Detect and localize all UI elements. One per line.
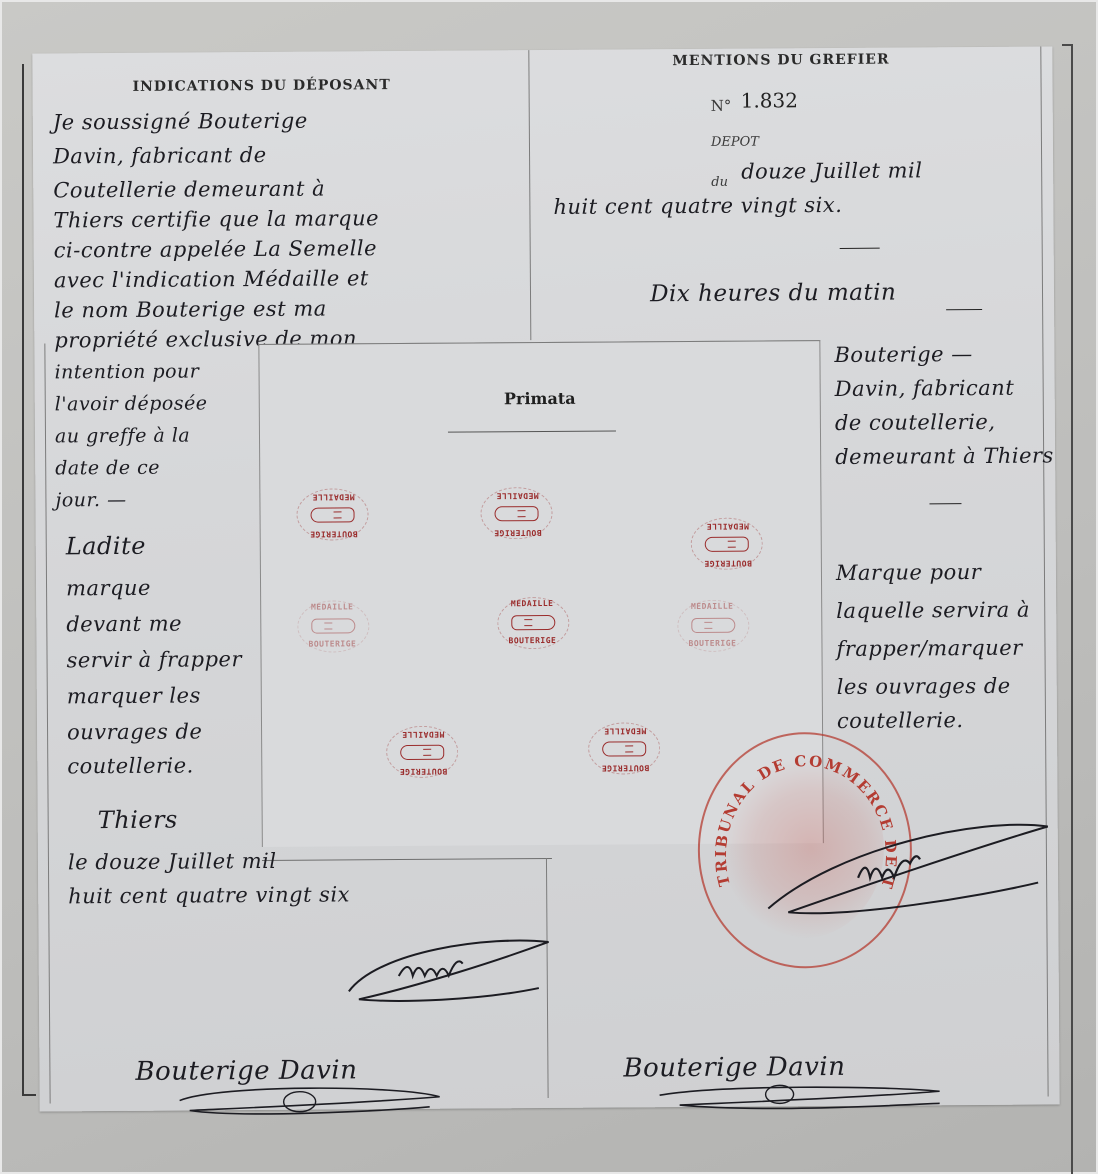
specimen-title: Primata xyxy=(260,387,820,410)
dash-3 xyxy=(929,503,961,504)
declaration-line: coutellerie. xyxy=(67,746,194,785)
purpose-line: laquelle servira à xyxy=(836,591,1030,630)
shoe-sole-icon xyxy=(602,741,646,756)
shoe-sole-icon xyxy=(310,507,354,522)
declaration-line: servir à frapper xyxy=(66,640,242,679)
closing-line: huit cent quatre vingt six xyxy=(68,875,350,915)
stamp-impression: BOUTERIGE MEDAILLE xyxy=(590,724,660,774)
specimen-title-rule xyxy=(448,431,616,433)
stamp-impression: BOUTERIGE MEDAILLE xyxy=(482,489,552,539)
date-line-1: douze Juillet mil xyxy=(741,151,923,190)
depositor-block: Bouterige — Davin, fabricant de coutelle… xyxy=(32,46,1052,53)
declaration-block: Je soussigné Bouterige Davin, fabricant … xyxy=(32,46,1052,53)
deposit-label: DEPOT xyxy=(711,135,759,150)
declaration-line: ouvrages de xyxy=(67,712,203,751)
shoe-sole-icon xyxy=(311,618,355,633)
depositor-heading: INDICATIONS DU DÉPOSANT xyxy=(132,77,390,95)
stamp-impression: BOUTERIGE MEDAILLE xyxy=(693,519,763,569)
shoe-sole-icon xyxy=(400,745,444,760)
left-edge-rule xyxy=(44,343,50,1103)
right-edge-rule xyxy=(1040,47,1048,1097)
stamp-impression: MEDAILLE BOUTERIGE xyxy=(297,600,367,650)
shoe-sole-icon xyxy=(494,506,538,521)
declaration-line: jour. — xyxy=(55,481,126,519)
purpose-line: Marque pour xyxy=(836,553,982,592)
purpose-line: les ouvrages de xyxy=(837,667,1011,706)
signature-flourish-right xyxy=(639,1077,959,1119)
shoe-sole-icon xyxy=(705,537,749,552)
panel-bottom-rule xyxy=(262,858,552,861)
depositor-line: demeurant à Thiers xyxy=(835,436,1054,476)
declaration-line: devant me xyxy=(66,605,182,644)
closing-block: Thiers le douze Juillet mil huit cent qu… xyxy=(32,46,1052,53)
declaration-line: Ladite xyxy=(66,527,146,566)
number-label: N° xyxy=(711,97,732,115)
shoe-sole-icon xyxy=(511,615,555,630)
clerk-heading: MENTIONS DU GREFIER xyxy=(672,52,889,70)
declaration-line: marque xyxy=(66,569,151,608)
shoe-sole-icon xyxy=(691,618,735,633)
declaration-line: Je soussigné Bouterige xyxy=(53,102,308,142)
signature-flourish-left xyxy=(160,1081,460,1123)
time-line: Dix heures du matin xyxy=(650,274,897,314)
date-line-2: huit cent quatre vingt six. xyxy=(553,186,842,226)
dash-1 xyxy=(840,248,880,249)
document-sheet: INDICATIONS DU DÉPOSANT MENTIONS DU GREF… xyxy=(32,46,1059,1111)
column-divider-top xyxy=(528,50,531,340)
backing-rule-left xyxy=(22,64,24,1096)
backing-rule-bottom xyxy=(22,1094,36,1096)
declaration-line: marquer les xyxy=(67,676,201,715)
dash-2 xyxy=(946,309,982,310)
purpose-block: Marque pour laquelle servira à frapper/m… xyxy=(32,46,1052,53)
photo-frame: INDICATIONS DU DÉPOSANT MENTIONS DU GREF… xyxy=(0,0,1098,1174)
stamp-impression: BOUTERIGE MEDAILLE xyxy=(298,490,368,540)
depositor-line: Bouterige — xyxy=(834,335,973,374)
backing-rule-right xyxy=(1071,44,1073,1174)
deposit-number: 1.832 xyxy=(741,88,798,112)
stamp-impression: MEDAILLE BOUTERIGE xyxy=(677,600,747,650)
clerk-signature-right xyxy=(758,806,1059,928)
stamp-impression: MEDAILLE BOUTERIGE xyxy=(497,597,567,647)
stamp-impression: BOUTERIGE MEDAILLE xyxy=(388,728,458,778)
purpose-line: frapper/marquer xyxy=(836,629,1022,668)
closing-line: Thiers xyxy=(98,801,178,840)
clerk-signature-left xyxy=(338,930,559,1022)
